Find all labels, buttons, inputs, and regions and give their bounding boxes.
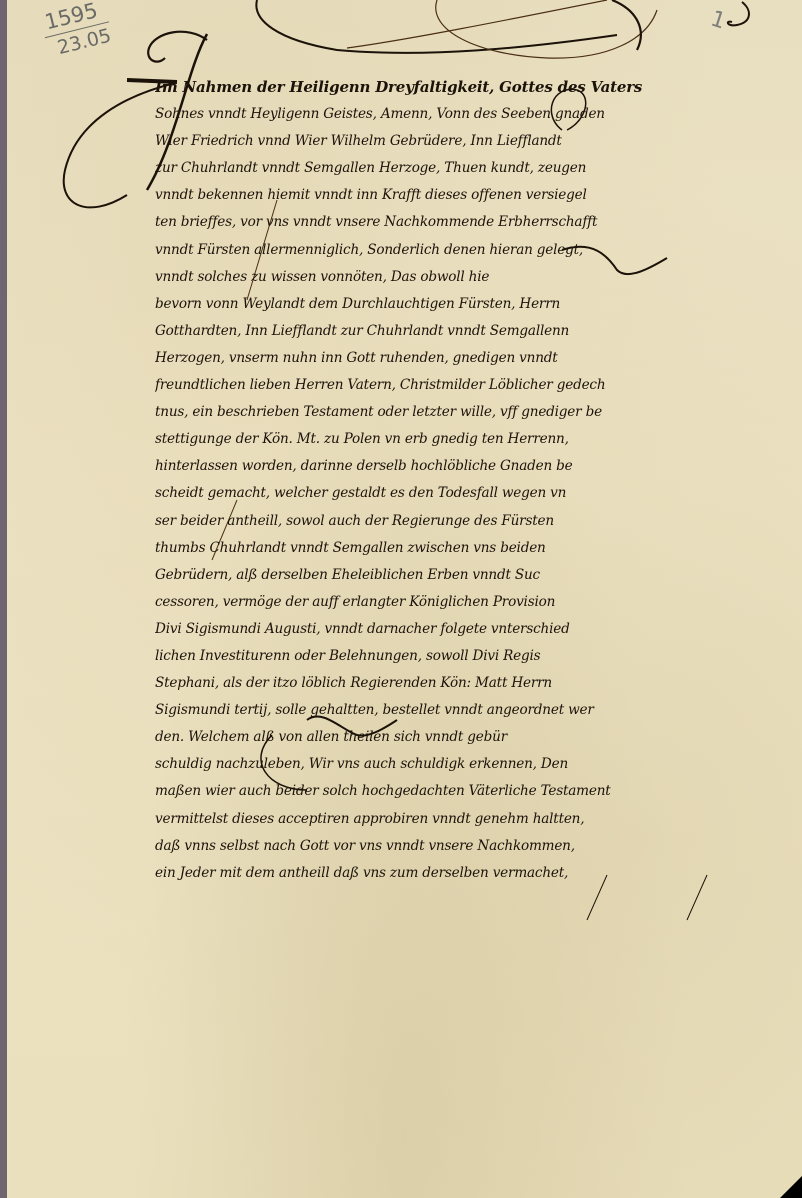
manuscript-text: Im Nahmen der Heiligenn Dreyfaltigkeit, … [155,74,802,887]
text-line: freundtlichen lieben Herren Vatern, Chri… [155,372,802,399]
text-line: Sohnes vnndt Heyligenn Geistes, Amenn, V… [155,101,802,128]
text-line: daß vnns selbst nach Gott vor vns vnndt … [155,833,802,860]
text-line: ein Jeder mit dem antheill daß vns zum d… [155,860,802,887]
text-line: Herzogen, vnserm nuhn inn Gott ruhenden,… [155,345,802,372]
text-line: Im Nahmen der Heiligenn Dreyfaltigkeit, … [155,74,802,101]
text-line: vermittelst dieses acceptiren approbiren… [155,806,802,833]
text-line: den. Welchem alß von allen theilen sich … [155,724,802,751]
text-line: Divi Sigismundi Augusti, vnndt darnacher… [155,616,802,643]
text-line: scheidt gemacht, welcher gestaldt es den… [155,480,802,507]
text-line: Stephani, als der itzo löblich Regierend… [155,670,802,697]
text-line: hinterlassen worden, darinne derselb hoc… [155,453,802,480]
text-line: cessoren, vermöge der auff erlangter Kön… [155,589,802,616]
manuscript-page: 1595 23.05 1 Im Nahmen der Heiligenn Dre… [7,0,802,1198]
text-line: Gotthardten, Inn Liefflandt zur Chuhrlan… [155,318,802,345]
text-line: Gebrüdern, alß derselben Eheleiblichen E… [155,562,802,589]
text-line: stettigunge der Kön. Mt. zu Polen vn erb… [155,426,802,453]
text-line: lichen Investiturenn oder Belehnungen, s… [155,643,802,670]
text-line: tnus, ein beschrieben Testament oder let… [155,399,802,426]
text-line: Sigismundi tertij, solle gehaltten, best… [155,697,802,724]
text-line: bevorn vonn Weylandt dem Durchlauchtigen… [155,291,802,318]
text-line: vnndt solches zu wissen vonnöten, Das ob… [155,264,802,291]
text-line: ten brieffes, vor vns vnndt vnsere Nachk… [155,209,802,236]
text-line: vnndt bekennen hiemit vnndt inn Krafft d… [155,182,802,209]
text-line: Wier Friedrich vnnd Wier Wilhelm Gebrüde… [155,128,802,155]
torn-corner [780,1176,802,1198]
text-line: ser beider antheill, sowol auch der Regi… [155,508,802,535]
text-line: maßen wier auch beider solch hochgedacht… [155,778,802,805]
text-line: schuldig nachzuleben, Wir vns auch schul… [155,751,802,778]
text-line: thumbs Chuhrlandt vnndt Semgallen zwisch… [155,535,802,562]
text-line: vnndt Fürsten allermenniglich, Sonderlic… [155,237,802,264]
text-line: zur Chuhrlandt vnndt Semgallen Herzoge, … [155,155,802,182]
